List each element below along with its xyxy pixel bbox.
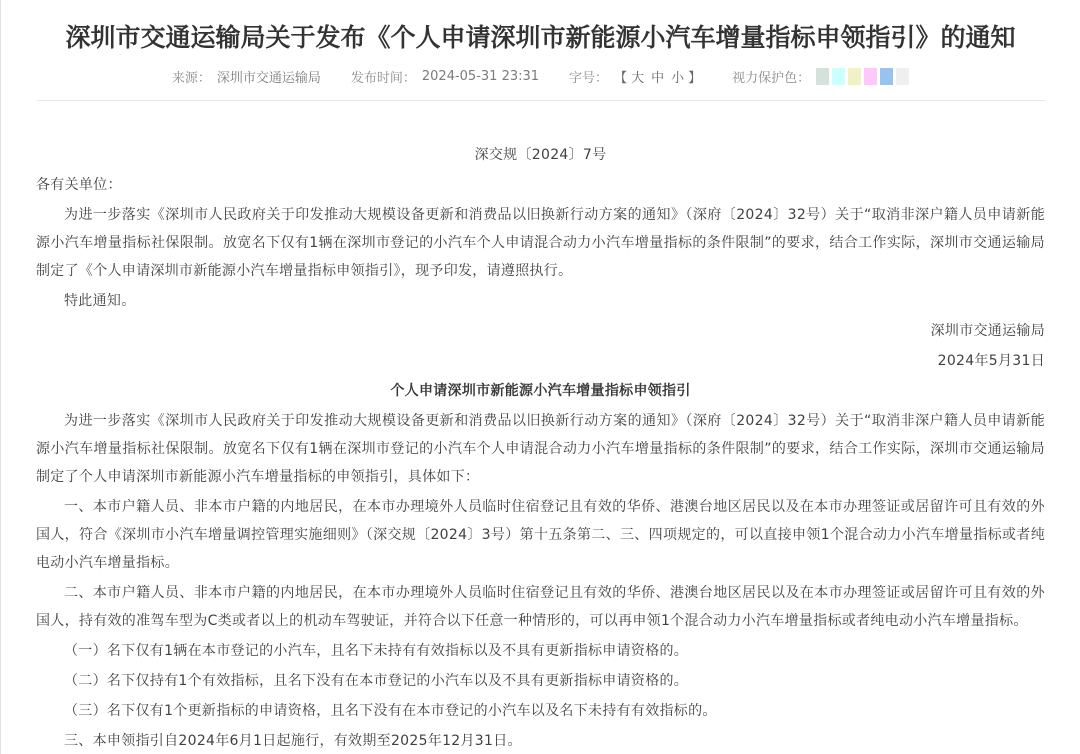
publish-time-label: 发布时间： [351, 67, 416, 86]
clause-1: 一、本市户籍人员、非本市户籍的内地居民，在本市办理境外人员临时住宿登记且有效的华… [36, 493, 1045, 577]
salutation: 各有关单位： [36, 171, 1045, 199]
eye-protect-color-swatch-pink[interactable] [864, 68, 877, 85]
font-size-label: 字号： [569, 67, 608, 86]
font-size-small-button[interactable]: 小 [671, 71, 685, 86]
meta-eye-protect: 视力保护色： [732, 67, 909, 86]
guide-intro: 为进一步落实《深圳市人民政府关于印发推动大规模设备更新和消费品以旧换新行动方案的… [36, 407, 1045, 491]
eye-protect-color-swatch-green[interactable] [816, 68, 829, 85]
eye-protect-swatches [816, 68, 909, 85]
meta-bar: 来源： 深圳市交通运输局 发布时间： 2024-05-31 23:31 字号： … [1, 65, 1080, 87]
publish-time-value: 2024-05-31 23:31 [422, 69, 539, 84]
signature-date: 2024年5月31日 [36, 347, 1045, 375]
font-size-bracket-open: 【 [614, 71, 628, 86]
clause-2-sub-3: （三）名下仅有1个更新指标的申请资格，且名下没有在本市登记的小汽车以及名下未持有… [36, 697, 1045, 725]
meta-font-size: 字号： 【大中小】 [569, 67, 702, 86]
eye-protect-color-swatch-gray[interactable] [896, 68, 909, 85]
clause-2-sub-2: （二）名下仅持有1个有效指标，且名下没有在本市登记的小汽车以及不具有更新指标申请… [36, 667, 1045, 695]
eye-protect-color-swatch-blue[interactable] [880, 68, 893, 85]
guide-title: 个人申请深圳市新能源小汽车增量指标申领指引 [36, 377, 1045, 405]
source-value: 深圳市交通运输局 [217, 67, 321, 86]
clause-3: 三、本申领指引自2024年6月1日起施行，有效期至2025年12月31日。 [36, 727, 1045, 754]
notice-close: 特此通知。 [36, 287, 1045, 315]
document-body: 深交规〔2024〕7号 各有关单位： 为进一步落实《深圳市人民政府关于印发推动大… [1, 101, 1080, 754]
page-title: 深圳市交通运输局关于发布《个人申请深圳市新能源小汽车增量指标申领指引》的通知 [61, 20, 1020, 56]
eye-protect-color-swatch-yellow[interactable] [848, 68, 861, 85]
font-size-bracket-close: 】 [688, 71, 702, 86]
font-size-large-button[interactable]: 大 [631, 71, 645, 86]
font-size-control: 【大中小】 [614, 67, 702, 86]
source-label: 来源： [172, 67, 211, 86]
meta-publish-time: 发布时间： 2024-05-31 23:31 [351, 67, 539, 86]
notice-paragraph: 为进一步落实《深圳市人民政府关于印发推动大规模设备更新和消费品以旧换新行动方案的… [36, 201, 1045, 285]
doc-number: 深交规〔2024〕7号 [36, 141, 1045, 169]
clause-2-sub-1: （一）名下仅有1辆在本市登记的小汽车，且名下未持有有效指标以及不具有更新指标申请… [36, 637, 1045, 665]
signature: 深圳市交通运输局 [36, 317, 1045, 345]
clause-2: 二、本市户籍人员、非本市户籍的内地居民，在本市办理境外人员临时住宿登记且有效的华… [36, 579, 1045, 635]
eye-protect-color-swatch-cyan[interactable] [832, 68, 845, 85]
notice-page: 深圳市交通运输局关于发布《个人申请深圳市新能源小汽车增量指标申领指引》的通知 来… [0, 0, 1080, 754]
meta-source: 来源： 深圳市交通运输局 [172, 67, 321, 86]
font-size-medium-button[interactable]: 中 [651, 71, 665, 86]
eye-protect-label: 视力保护色： [732, 67, 810, 86]
